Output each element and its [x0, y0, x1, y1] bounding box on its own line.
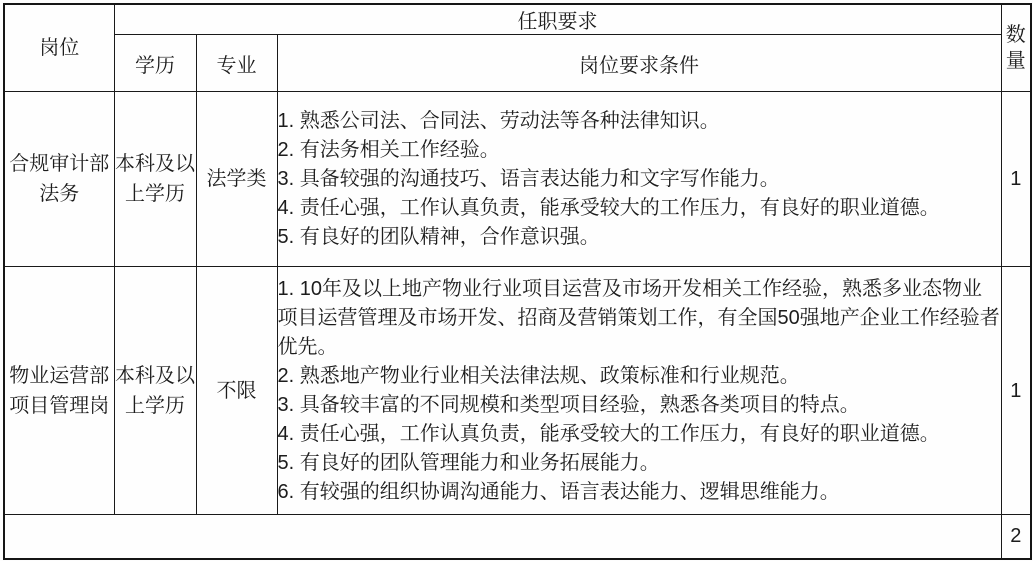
major-cell: 不限	[196, 267, 277, 515]
major-cell: 法学类	[196, 92, 277, 267]
position-cell: 合规审计部法务	[4, 92, 114, 267]
condition-item: 2. 有法务相关工作经验。	[278, 136, 1001, 165]
merged-empty-cell	[4, 515, 1001, 559]
condition-item: 2. 熟悉地产物业行业相关法律法规、政策标准和行业规范。	[278, 362, 1001, 391]
condition-item: 1. 熟悉公司法、合同法、劳动法等各种法律知识。	[278, 107, 1001, 136]
condition-item: 1. 10年及以上地产物业行业项目运营及市场开发相关工作经验，熟悉多业态物业项目…	[278, 275, 1001, 362]
condition-item: 3. 具备较强的沟通技巧、语言表达能力和文字写作能力。	[278, 165, 1001, 194]
quantity-cell: 2	[1001, 515, 1031, 559]
header-conditions: 岗位要求条件	[277, 35, 1001, 92]
header-education: 学历	[114, 35, 196, 92]
condition-item: 4. 责任心强，工作认真负责，能承受较大的工作压力，有良好的职业道德。	[278, 420, 1001, 449]
condition-item: 6. 有较强的组织协调沟通能力、语言表达能力、逻辑思维能力。	[278, 478, 1001, 507]
document-page: 岗位 任职要求 数量 学历 专业 岗位要求条件 合规审计部法务 本科及以上学历 …	[0, 0, 1033, 561]
condition-item: 5. 有良好的团队管理能力和业务拓展能力。	[278, 449, 1001, 478]
conditions-cell: 1. 10年及以上地产物业行业项目运营及市场开发相关工作经验，熟悉多业态物业项目…	[277, 267, 1001, 515]
table-row: 合规审计部法务 本科及以上学历 法学类 1. 熟悉公司法、合同法、劳动法等各种法…	[4, 92, 1031, 267]
table-row: 物业运营部项目管理岗 本科及以上学历 不限 1. 10年及以上地产物业行业项目运…	[4, 267, 1031, 515]
recruitment-requirements-table: 岗位 任职要求 数量 学历 专业 岗位要求条件 合规审计部法务 本科及以上学历 …	[3, 3, 1032, 560]
quantity-cell: 1	[1001, 92, 1031, 267]
conditions-cell: 1. 熟悉公司法、合同法、劳动法等各种法律知识。 2. 有法务相关工作经验。 3…	[277, 92, 1001, 267]
education-cell: 本科及以上学历	[114, 267, 196, 515]
header-requirements-group: 任职要求	[114, 4, 1001, 35]
position-cell: 物业运营部项目管理岗	[4, 267, 114, 515]
header-quantity: 数量	[1001, 4, 1031, 92]
condition-item: 4. 责任心强，工作认真负责，能承受较大的工作压力，有良好的职业道德。	[278, 194, 1001, 223]
condition-item: 3. 具备较丰富的不同规模和类型项目经验，熟悉各类项目的特点。	[278, 391, 1001, 420]
table-row: 2	[4, 515, 1031, 559]
header-position: 岗位	[4, 4, 114, 92]
condition-item: 5. 有良好的团队精神，合作意识强。	[278, 223, 1001, 252]
quantity-cell: 1	[1001, 267, 1031, 515]
education-cell: 本科及以上学历	[114, 92, 196, 267]
header-major: 专业	[196, 35, 277, 92]
